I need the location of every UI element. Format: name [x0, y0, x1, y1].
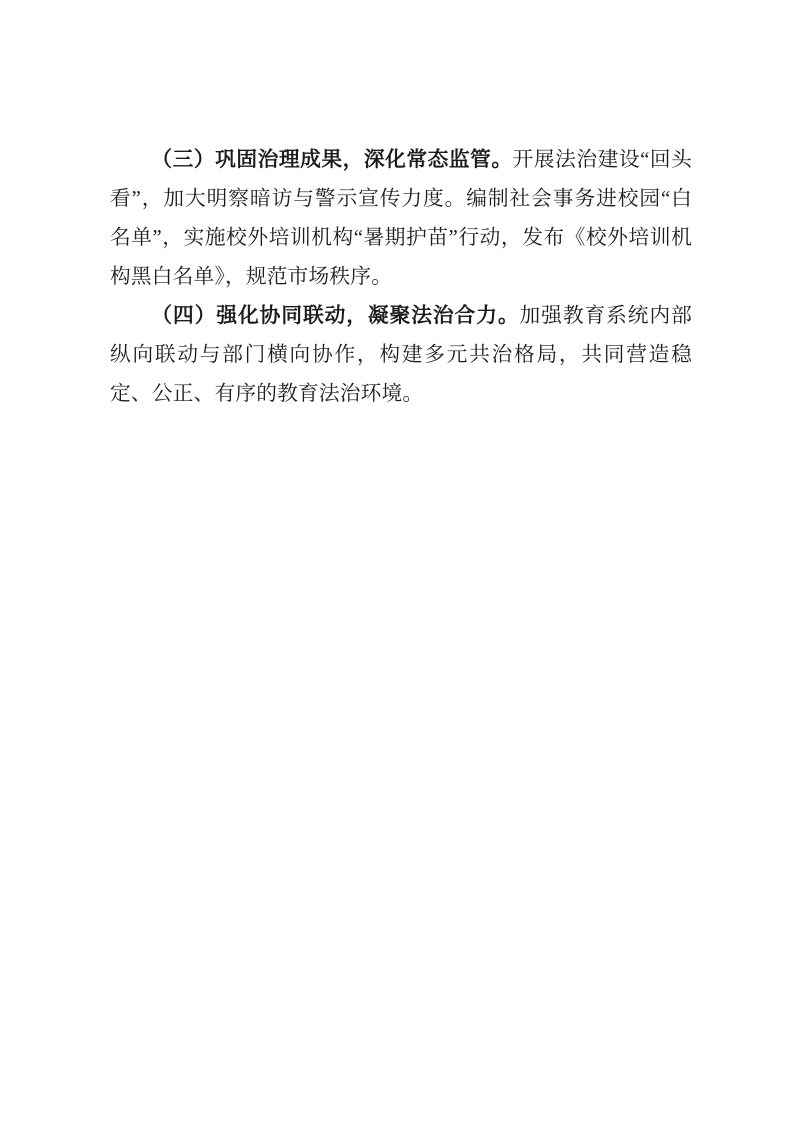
paragraph-4-heading: （四）强化协同联动，凝聚法治合力。 [151, 305, 519, 327]
paragraph-3: （三）巩固治理成果，深化常态监管。开展法治建设“回头看”，加大明察暗访与警示宣传… [110, 141, 692, 297]
document-page: （三）巩固治理成果，深化常态监管。开展法治建设“回头看”，加大明察暗访与警示宣传… [0, 0, 800, 1131]
document-content: （三）巩固治理成果，深化常态监管。开展法治建设“回头看”，加大明察暗访与警示宣传… [110, 141, 692, 414]
paragraph-4: （四）强化协同联动，凝聚法治合力。加强教育系统内部纵向联动与部门横向协作，构建多… [110, 297, 692, 414]
paragraph-3-heading: （三）巩固治理成果，深化常态监管。 [151, 149, 512, 171]
